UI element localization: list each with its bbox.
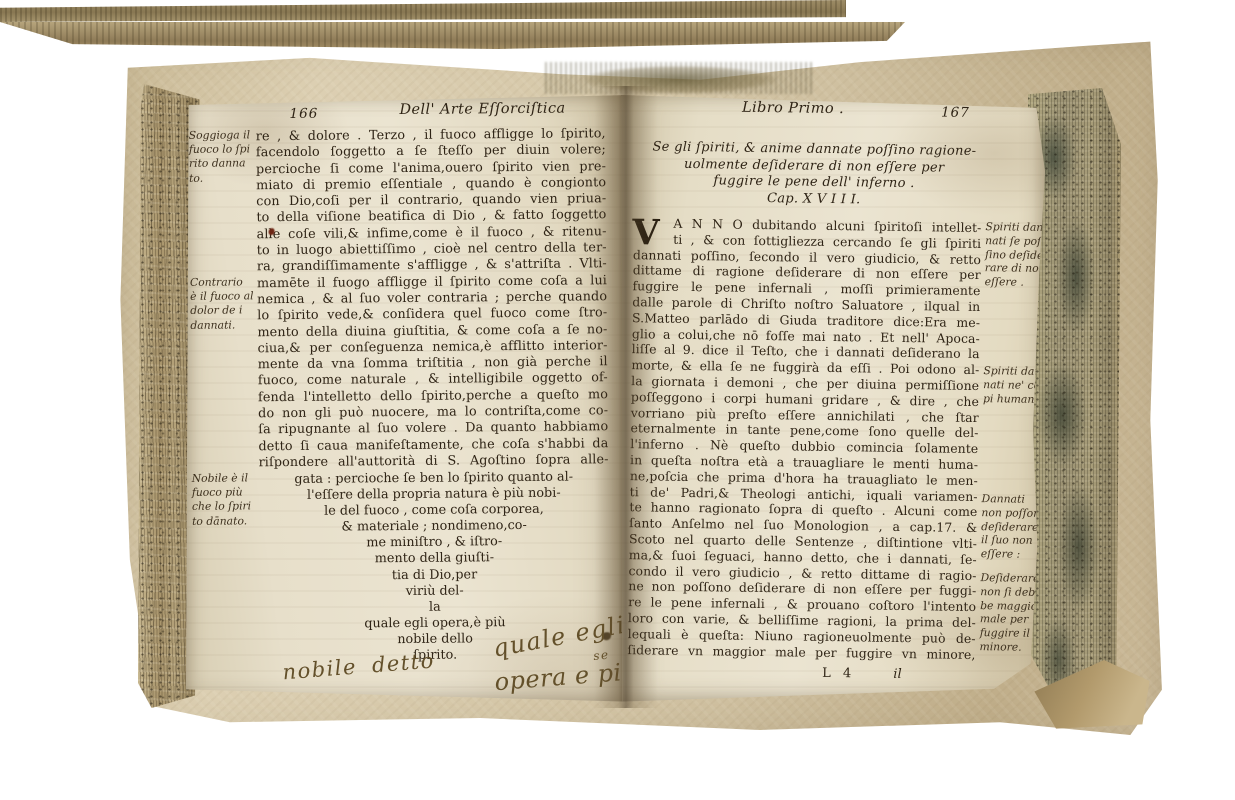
left-margin-note-2: Contrarioè il fuoco aldolor de idannati.	[190, 275, 254, 332]
left-page-number: 166	[289, 106, 318, 122]
gathering-signature: L 4	[822, 666, 855, 681]
right-margin-note-3: Dannatinon poſſonodeſiderareil ſuo noneſ…	[981, 492, 1042, 562]
page-block-edge-top	[0, 0, 846, 22]
catchword: il	[893, 667, 902, 682]
book-photo: 166 Dell' Arte Eſſorciſtica Soggioga ilf…	[0, 0, 1235, 800]
right-margin-note-1: Spiriti dannati ſe poſ-ſino deſide-rare …	[985, 220, 1045, 290]
right-page: Libro Primo . 167 Se gli ſpiriti, & anim…	[621, 92, 1045, 704]
page-block-edge-bottom	[0, 22, 905, 49]
left-margin-note-3: Nobile è ilfuoco piùche lo ſpirito dānat…	[192, 471, 256, 528]
left-margin-note-1: Soggioga ilfuoco lo ſpirito dannato.	[189, 128, 253, 185]
right-page-content: Libro Primo . 167 Se gli ſpiriti, & anim…	[621, 92, 1045, 704]
left-page-content: 166 Dell' Arte Eſſorciſtica Soggioga ilf…	[186, 94, 622, 704]
signature-line: L 4 il	[627, 663, 975, 683]
spine-headband-wear	[545, 62, 815, 94]
right-page-number: 167	[941, 104, 970, 120]
left-body-text: re , & dolore . Terzo , il fuoco affligg…	[256, 126, 609, 471]
chapter-heading: Se gli ſpiriti, & anime dannate poſſino …	[638, 139, 991, 210]
left-page: 166 Dell' Arte Eſſorciſtica Soggioga ilf…	[186, 94, 622, 704]
right-body-text: A N N O dubitando alcuni ſpiritoſi intel…	[627, 215, 981, 662]
left-running-title: Dell' Arte Eſſorciſtica	[351, 100, 613, 118]
right-margin-note-4: Deſiderarenon ſi deb-be maggiormale perf…	[979, 571, 1040, 655]
